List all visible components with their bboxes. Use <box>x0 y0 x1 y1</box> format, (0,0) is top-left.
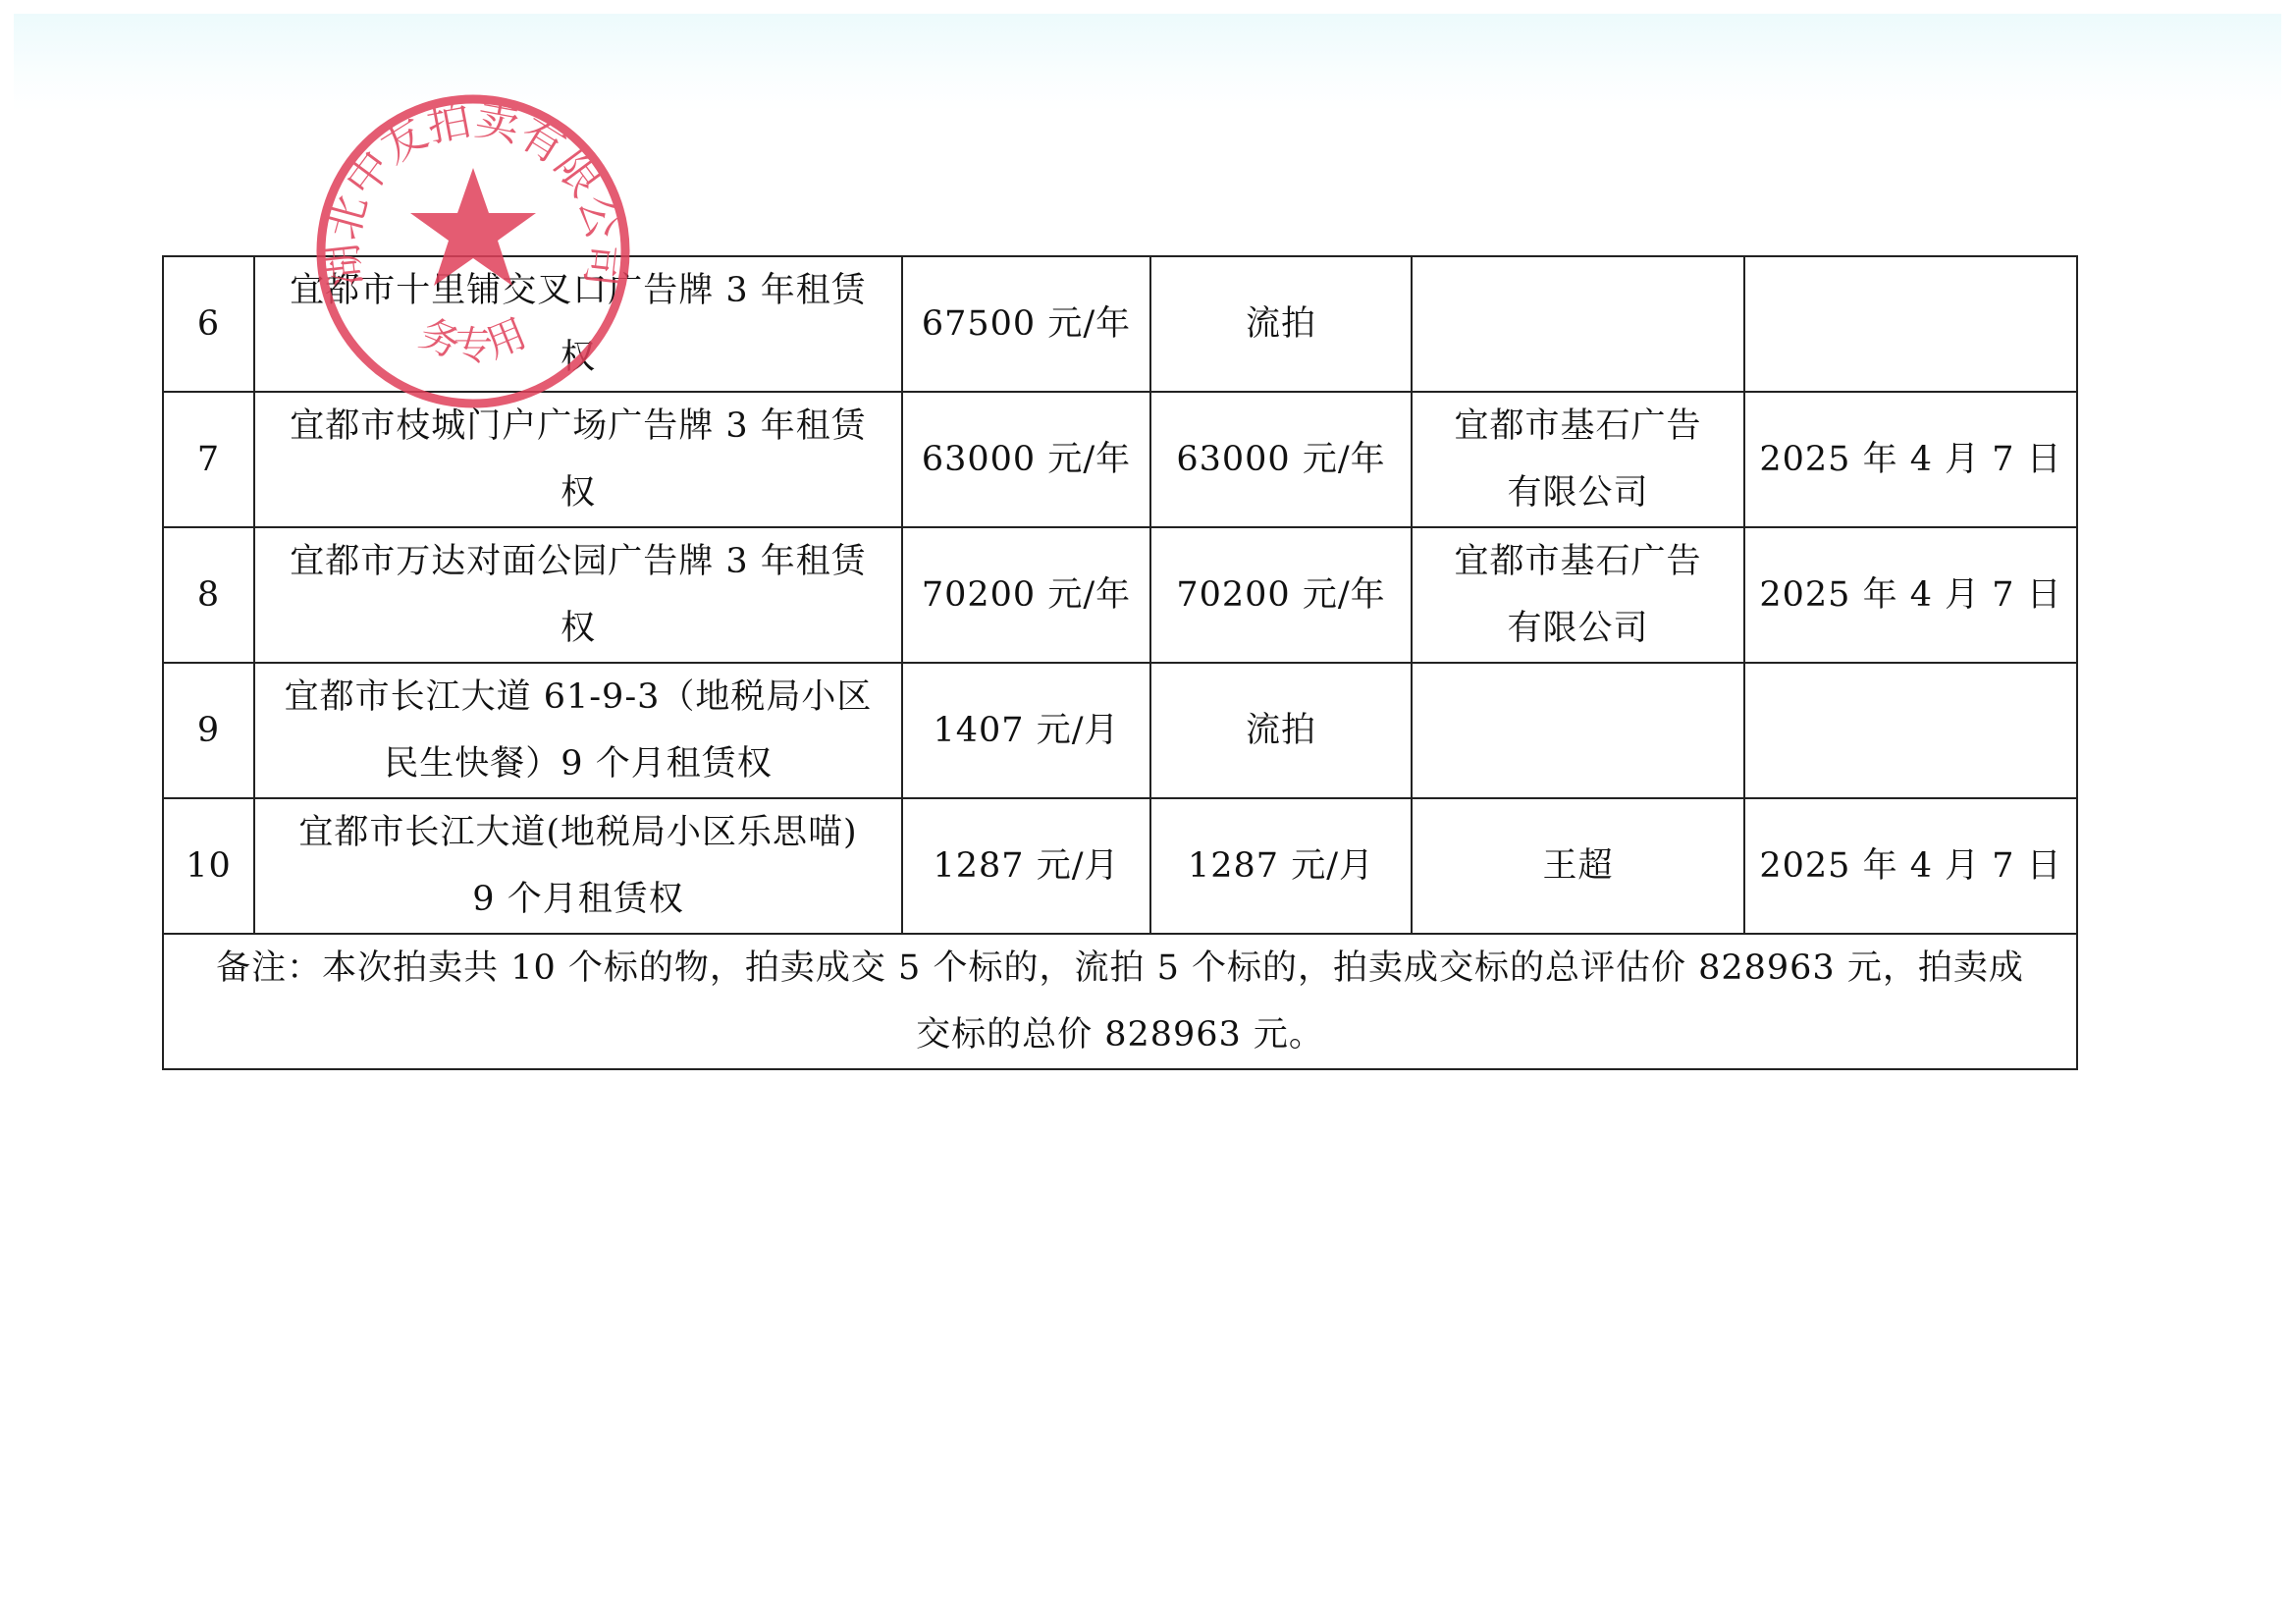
starting-price: 63000 元/年 <box>902 392 1150 527</box>
description-line-2: 民生快餐）9 个月租赁权 <box>265 730 891 797</box>
description-line-2: 权 <box>265 595 891 662</box>
buyer <box>1412 256 1744 392</box>
auction-results-table: 6 宜都市十里铺交叉口广告牌 3 年租赁 权 67500 元/年 流拍 7 宜都… <box>162 255 2078 1070</box>
description-line-2: 权 <box>265 324 891 391</box>
buyer-line-1: 王超 <box>1422 833 1734 899</box>
starting-price: 67500 元/年 <box>902 256 1150 392</box>
deal-price: 70200 元/年 <box>1150 527 1412 663</box>
description-line-2: 权 <box>265 460 891 526</box>
item-number: 7 <box>163 392 254 527</box>
notes-line-1: 备注：本次拍卖共 10 个标的物，拍卖成交 5 个标的，流拍 5 个标的，拍卖成… <box>174 935 2066 1001</box>
description-line-1: 宜都市十里铺交叉口广告牌 3 年租赁 <box>265 257 891 324</box>
deal-price: 流拍 <box>1150 663 1412 798</box>
item-description: 宜都市万达对面公园广告牌 3 年租赁 权 <box>254 527 902 663</box>
item-number: 9 <box>163 663 254 798</box>
starting-price: 1407 元/月 <box>902 663 1150 798</box>
buyer: 王超 <box>1412 798 1744 934</box>
buyer-line-2: 有限公司 <box>1422 460 1734 526</box>
notes-cell: 备注：本次拍卖共 10 个标的物，拍卖成交 5 个标的，流拍 5 个标的，拍卖成… <box>163 934 2077 1069</box>
item-description: 宜都市十里铺交叉口广告牌 3 年租赁 权 <box>254 256 902 392</box>
item-description: 宜都市枝城门户广场广告牌 3 年租赁 权 <box>254 392 902 527</box>
description-line-2: 9 个月租赁权 <box>265 866 891 933</box>
notes-line-2: 交标的总价 828963 元。 <box>174 1001 2066 1068</box>
item-number: 6 <box>163 256 254 392</box>
description-line-1: 宜都市长江大道(地税局小区乐思喵) <box>265 799 891 866</box>
deal-date <box>1744 663 2077 798</box>
buyer: 宜都市基石广告 有限公司 <box>1412 392 1744 527</box>
notes-row: 备注：本次拍卖共 10 个标的物，拍卖成交 5 个标的，流拍 5 个标的，拍卖成… <box>163 934 2077 1069</box>
starting-price: 70200 元/年 <box>902 527 1150 663</box>
deal-price: 1287 元/月 <box>1150 798 1412 934</box>
deal-price: 63000 元/年 <box>1150 392 1412 527</box>
table-row: 9 宜都市长江大道 61-9-3（地税局小区 民生快餐）9 个月租赁权 1407… <box>163 663 2077 798</box>
buyer-line-1: 宜都市基石广告 <box>1422 528 1734 595</box>
item-description: 宜都市长江大道(地税局小区乐思喵) 9 个月租赁权 <box>254 798 902 934</box>
description-line-1: 宜都市枝城门户广场广告牌 3 年租赁 <box>265 393 891 460</box>
item-number: 8 <box>163 527 254 663</box>
buyer <box>1412 663 1744 798</box>
table-row: 10 宜都市长江大道(地税局小区乐思喵) 9 个月租赁权 1287 元/月 12… <box>163 798 2077 934</box>
scan-background-band <box>14 14 2281 112</box>
buyer-line-2: 有限公司 <box>1422 595 1734 662</box>
description-line-1: 宜都市万达对面公园广告牌 3 年租赁 <box>265 528 891 595</box>
table-row: 6 宜都市十里铺交叉口广告牌 3 年租赁 权 67500 元/年 流拍 <box>163 256 2077 392</box>
description-line-1: 宜都市长江大道 61-9-3（地税局小区 <box>265 664 891 730</box>
deal-date: 2025 年 4 月 7 日 <box>1744 392 2077 527</box>
deal-price: 流拍 <box>1150 256 1412 392</box>
item-description: 宜都市长江大道 61-9-3（地税局小区 民生快餐）9 个月租赁权 <box>254 663 902 798</box>
starting-price: 1287 元/月 <box>902 798 1150 934</box>
buyer-line-1: 宜都市基石广告 <box>1422 393 1734 460</box>
item-number: 10 <box>163 798 254 934</box>
table-row: 7 宜都市枝城门户广场广告牌 3 年租赁 权 63000 元/年 63000 元… <box>163 392 2077 527</box>
buyer: 宜都市基石广告 有限公司 <box>1412 527 1744 663</box>
table-row: 8 宜都市万达对面公园广告牌 3 年租赁 权 70200 元/年 70200 元… <box>163 527 2077 663</box>
deal-date <box>1744 256 2077 392</box>
deal-date: 2025 年 4 月 7 日 <box>1744 527 2077 663</box>
deal-date: 2025 年 4 月 7 日 <box>1744 798 2077 934</box>
